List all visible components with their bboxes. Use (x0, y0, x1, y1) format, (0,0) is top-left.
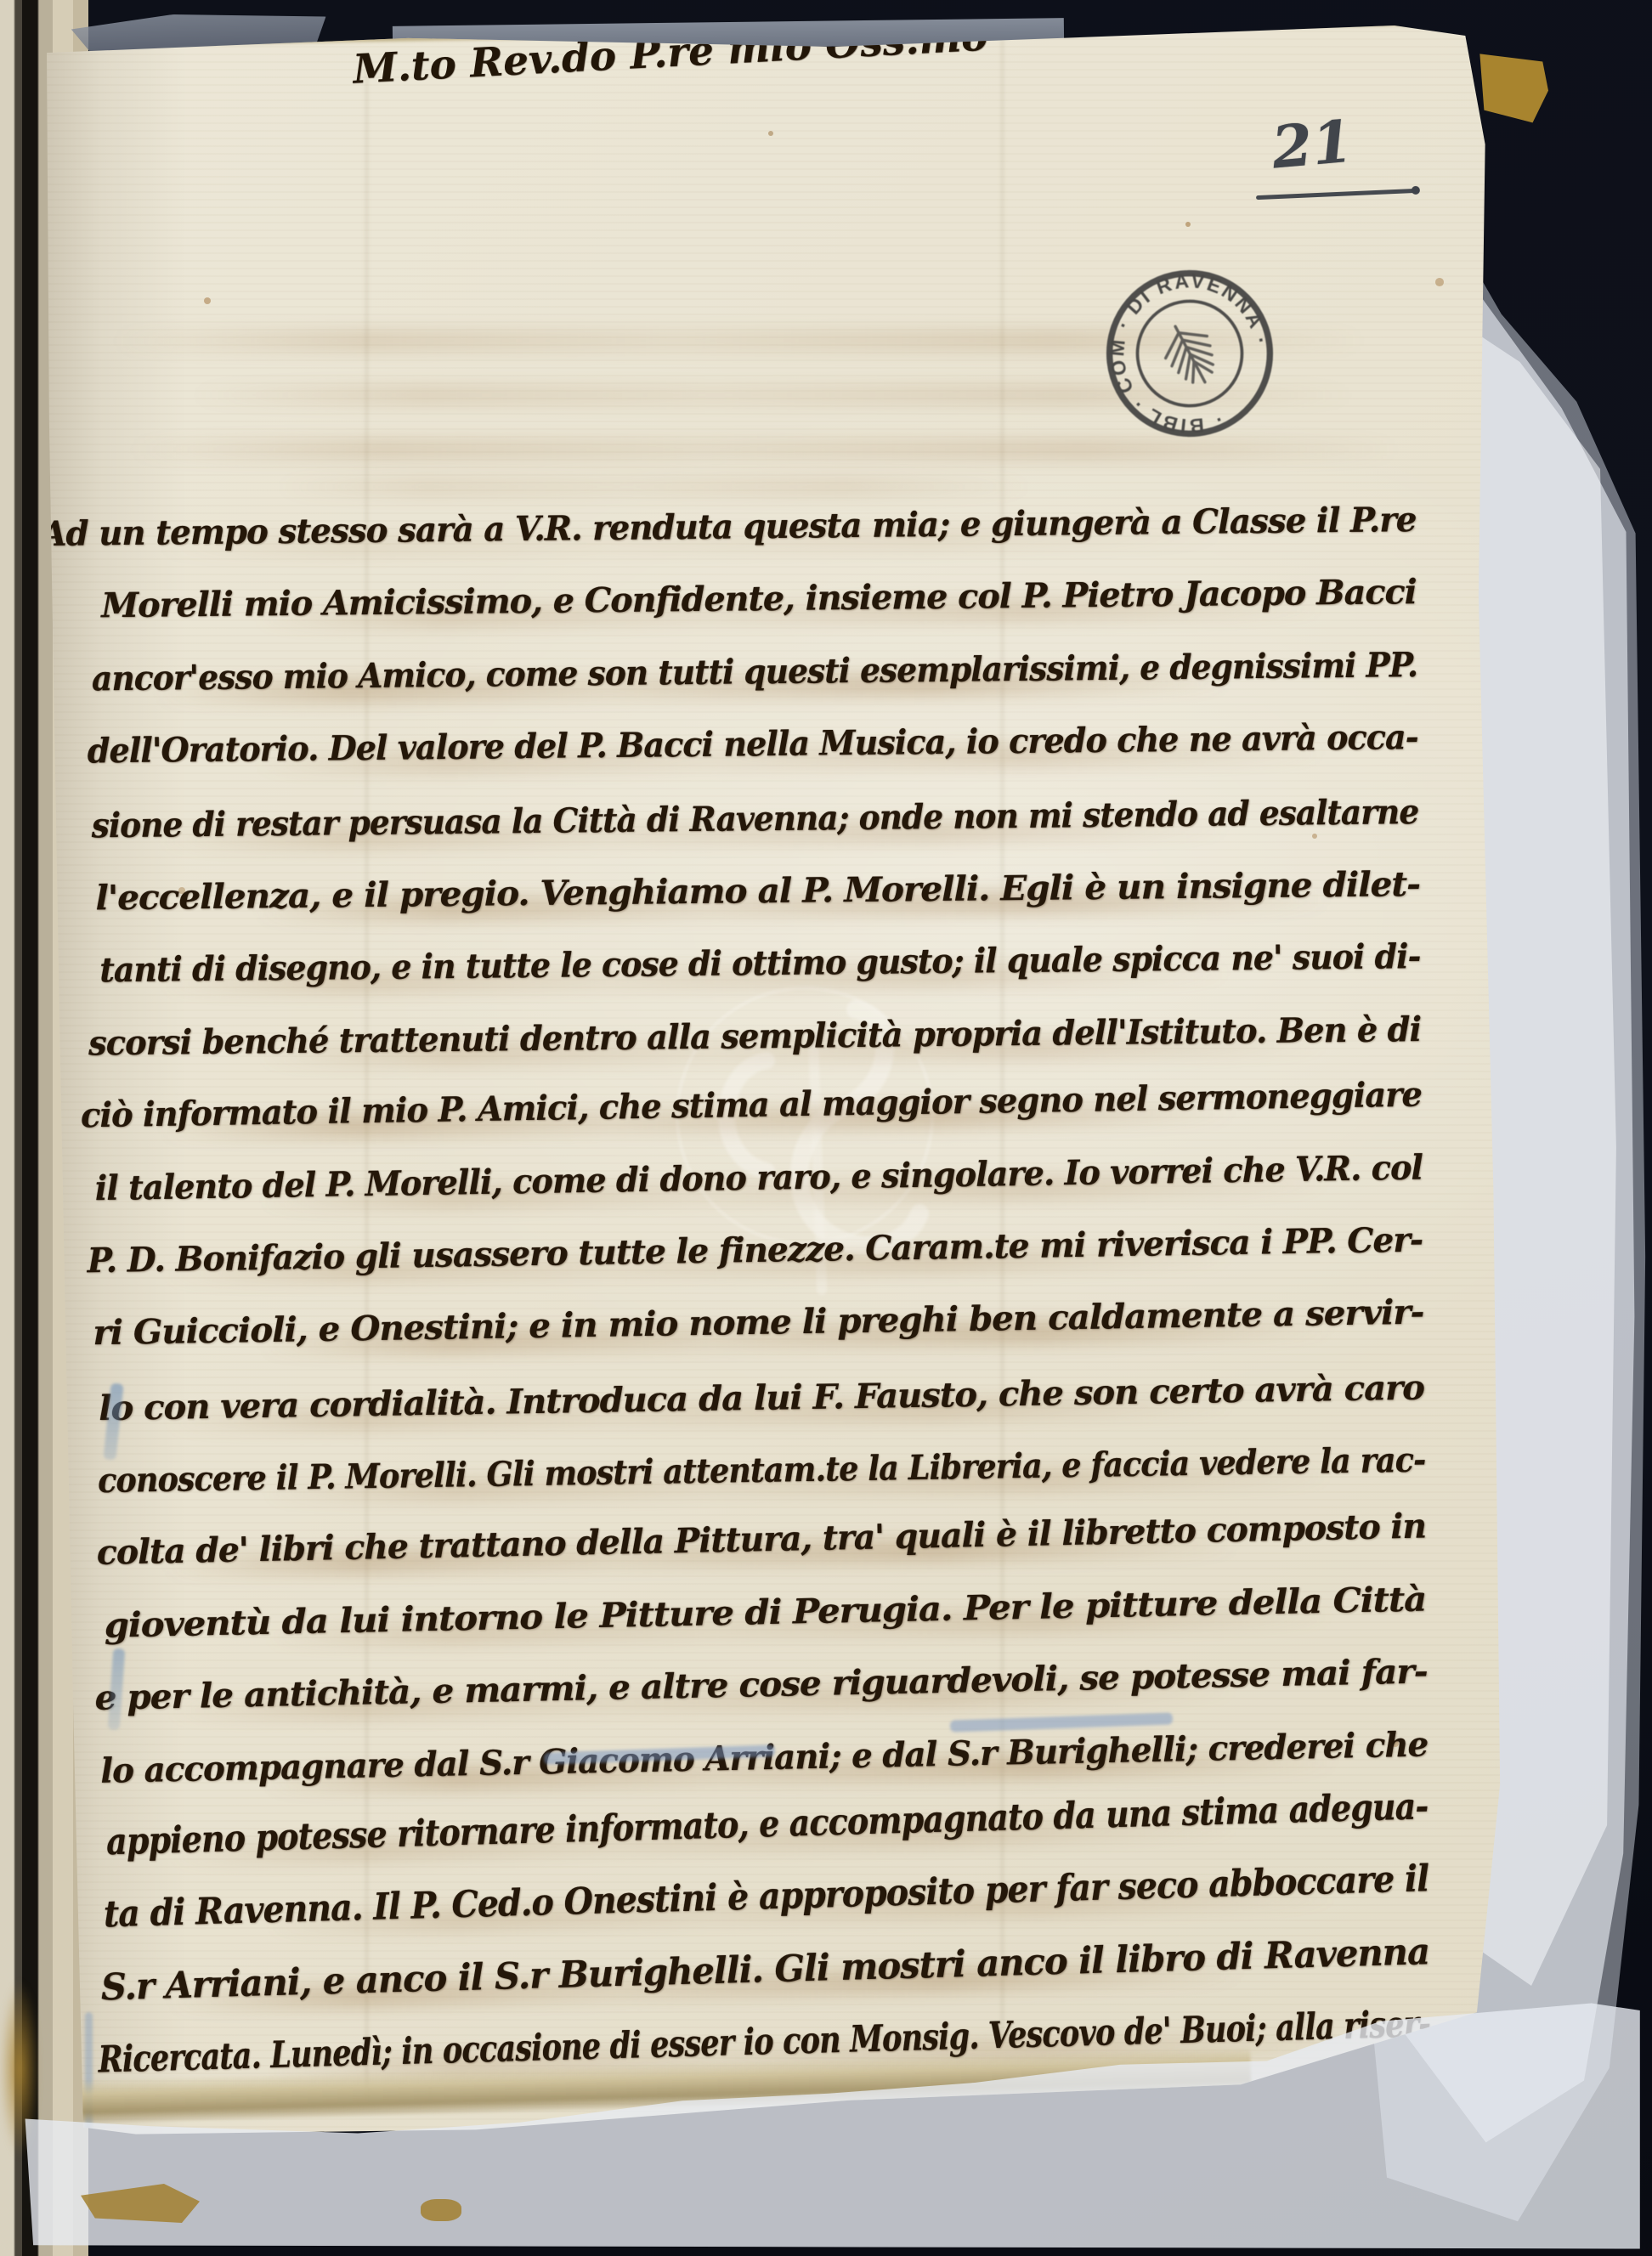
handwritten-text: dell'Oratorio. Del valore del P. Bacci n… (87, 701, 1418, 788)
pine-tree-emblem (1155, 315, 1226, 393)
library-stamp: · BIBL · COM · DI RAVENNA · (1100, 263, 1280, 444)
letter-body: Ad un tempo stesso sarà a V.R. renduta q… (41, 484, 1441, 2121)
underlying-page-corner (1477, 48, 1548, 126)
archive-photo: · BIBL · COM · DI RAVENNA · M.to Rev.do … (0, 0, 1652, 2256)
manuscript-line: Morelli mio Amicissimo, e Confidente, in… (42, 556, 1428, 642)
manuscript-page: · BIBL · COM · DI RAVENNA · M.to Rev.do … (0, 0, 1652, 2256)
handwritten-text: l'eccellenza, e il pregio. Venghiamo al … (95, 848, 1420, 935)
handwritten-text: sione di restar persuasa la Città di Rav… (91, 776, 1418, 862)
manuscript-line: dell'Oratorio. Del valore del P. Bacci n… (42, 701, 1429, 788)
manuscript-line: tanti di disegno, e in tutte le cose di … (45, 920, 1431, 1007)
handwritten-text: ancor'esso mio Amico, come son tutti que… (92, 629, 1418, 715)
handwritten-text: Morelli mio Amicissimo, e Confidente, in… (101, 556, 1417, 642)
underlying-page-fragment (421, 2199, 461, 2221)
handwritten-text: tanti di disegno, e in tutte le cose di … (99, 920, 1421, 1007)
